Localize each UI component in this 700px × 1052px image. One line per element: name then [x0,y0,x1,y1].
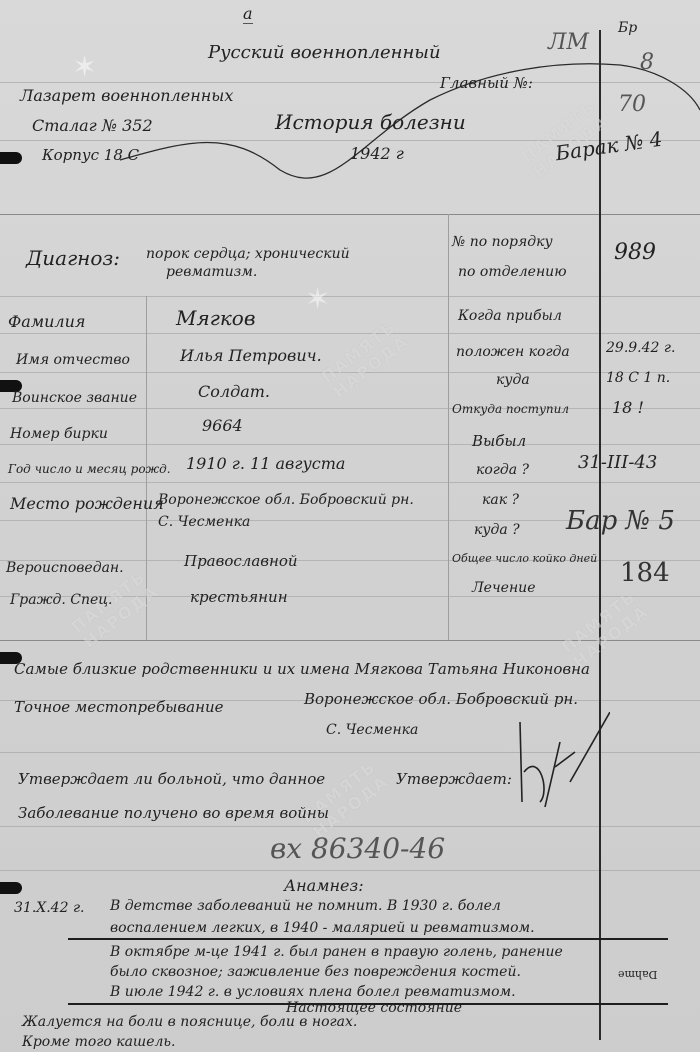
present-state-line: Жалуется на боли в пояснице, боли в нога… [22,1014,357,1030]
discharge-where-label: куда ? [474,522,520,538]
anamnesis-line: воспалением легких, в 1940 - малярией и … [110,920,535,936]
rule-line [0,408,700,409]
document-page: ✶ ПАМЯТЬНАРОДА ✶ ПАМЯТЬНАРОДА ПАМЯТЬНАРО… [0,0,700,1052]
arrival-value-from: 18 ! [612,398,644,417]
field-value-birthplace-2: С. Чесменка [158,514,250,530]
discharge-where-value: Бар № 5 [566,506,675,536]
rule-line [0,296,700,297]
lazaret-label: Лазарет военнопленных [20,86,233,105]
discharged-label: Выбыл [472,432,526,450]
arrival-label-from: Откуда поступил [452,402,569,416]
rule-line [0,482,700,483]
order-value: 989 [614,240,656,265]
residence-value: Воронежское обл. Бобровский рн. [304,690,578,708]
confirmation-question-2: Заболевание получено во время войны [18,804,329,822]
field-label-name: Имя отчество [16,352,130,368]
diagnosis-label: Диагноз: [26,246,120,270]
order-label: № по порядку [452,234,553,250]
relatives-line: Самые близкие родственники и их имена Мя… [14,660,590,678]
confirmation-question: Утверждает ли больной, что данное [18,770,325,788]
field-value-name: Илья Петрович. [180,346,322,365]
field-label-birth: Год число и месяц рожд. [8,462,171,476]
column-divider [448,214,449,640]
anamnesis-title: Анамнез: [284,876,364,895]
watermark: ПАМЯТЬНАРОДА [318,316,412,401]
main-number-label: Главный №: [440,74,533,92]
field-label-rank: Воинское звание [12,390,137,406]
arrival-value-placed: 29.9.42 г. [606,340,675,356]
watermark: ПАМЯТЬНАРОДА [68,566,162,651]
korpus-label: Корпус 18 С [42,146,139,164]
anamnesis-line: В июле 1942 г. в условиях плена болел ре… [110,984,516,1000]
mark-a: а [243,4,253,24]
watermark: ПАМЯТЬНАРОДА [558,586,652,671]
arrival-value-where: 18 С 1 п. [606,370,670,386]
residence-label: Точное местопребывание [14,698,224,716]
residence-value-2: С. Чесменка [326,722,418,738]
rule-line [0,214,700,215]
diagnosis-text-2: ревматизм. [166,264,257,280]
field-value-religion: Православной [184,552,298,570]
field-value-birth: 1910 г. 11 августа [186,454,345,473]
anamnesis-line: было сквозное; заживление без повреждени… [110,964,521,980]
field-value-tag: 9664 [202,416,243,435]
underline [68,938,668,940]
rule-line [0,826,700,827]
field-label-surname: Фамилия [8,312,85,331]
discharge-when-value: 31-III-43 [578,452,657,473]
anamnesis-date: 31.X.42 г. [14,900,84,916]
corner-marks: Бр [618,20,637,36]
watermark-star-icon: ✶ [72,50,97,85]
header-title: Русский военнопленный [208,42,441,63]
confirmed-label: Утверждает: [396,770,512,788]
field-value-occupation: крестьянин [190,588,288,606]
watermark-star-icon: ✶ [305,282,330,317]
document-year: 1942 г [350,144,404,163]
field-value-birthplace: Воронежское обл. Бобровский рн. [158,492,414,508]
field-label-religion: Вероисповедан. [6,560,124,576]
field-label-birthplace: Место рождения [10,494,164,513]
treatment-label: Лечение [472,580,536,596]
arrival-label-where: куда [496,372,530,388]
discharge-how-label: как ? [482,492,519,508]
punch-hole [0,882,22,894]
field-label-occupation: Гражд. Спец. [10,592,113,608]
bed-days-label: Общее число койко дней [452,552,597,565]
anamnesis-line: В октябре м-це 1941 г. был ранен в праву… [110,944,563,960]
corner-number-second: 70 [618,92,646,117]
stamp-text: Dahme [618,968,657,981]
rule-line [0,444,700,445]
signature [500,712,610,822]
arrival-label-placed: положен когда [456,344,570,360]
document-title: История болезни [275,110,466,134]
rule-line [0,870,700,871]
bed-days-value: 184 [620,558,670,588]
corner-signature: ЛМ [548,30,589,55]
diagnosis-text: порок сердца; хронический [146,246,350,262]
present-state-line: Кроме того кашель. [22,1034,175,1050]
field-value-rank: Солдат. [198,382,270,401]
field-label-tag: Номер бирки [10,426,108,442]
registry-number: вх 86340-46 [270,832,445,865]
anamnesis-line: В детстве заболеваний не помнит. В 1930 … [110,898,501,914]
discharge-when-label: когда ? [476,462,529,478]
field-value-surname: Мягков [176,306,255,330]
rule-line [0,333,700,334]
corner-number: 8 [640,50,654,75]
stalag-label: Сталаг № 352 [32,116,153,135]
order-label-2: по отделению [458,264,567,280]
arrival-label-when: Когда прибыл [458,308,562,324]
